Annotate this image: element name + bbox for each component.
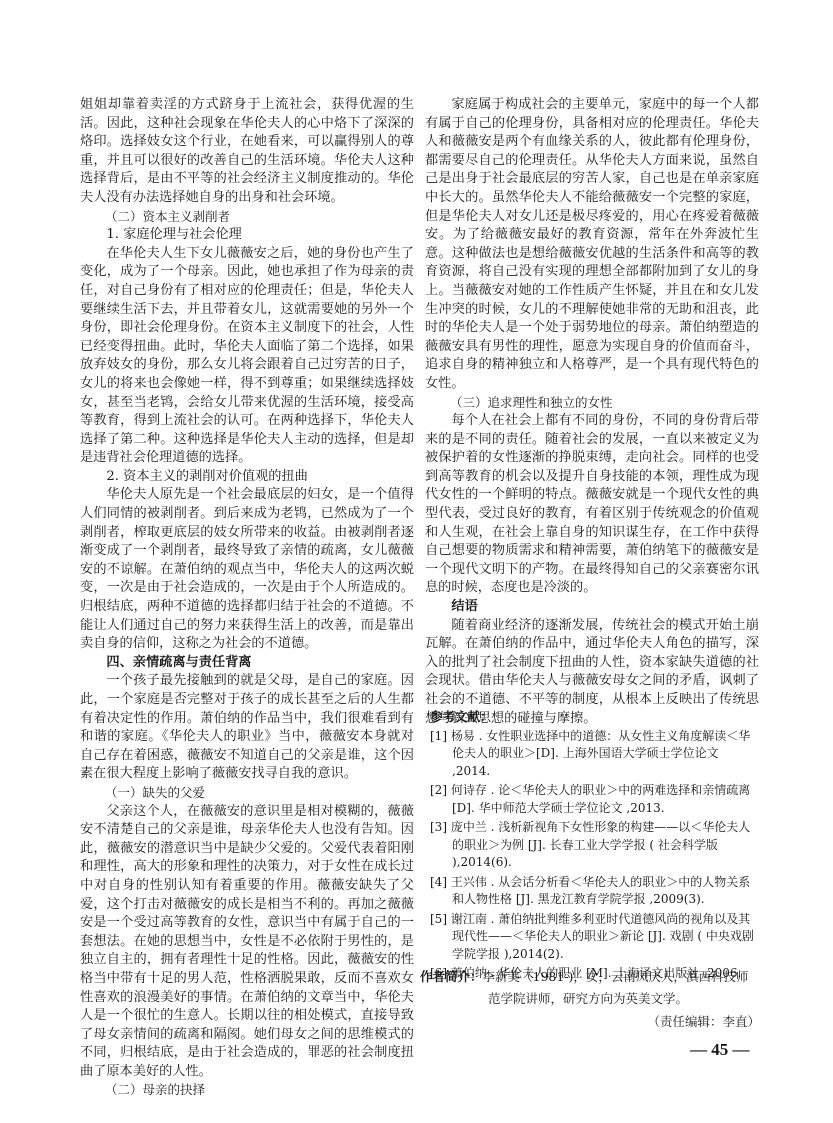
numbered-heading: 1. 家庭伦理与社会伦理 [80, 226, 414, 245]
page-number: — 45 — [690, 1040, 750, 1060]
numbered-heading: 2. 资本主义的剥削对价值观的扭曲 [80, 468, 414, 487]
left-column: 姐姐却靠着卖淫的方式跻身于上流社会，获得优渥的生活。因此，这种社会现象在华伦夫人… [80, 96, 414, 1100]
author-bio-label: 作者简介： [420, 969, 483, 984]
body-paragraph: 家庭属于构成社会的主要单元，家庭中的每一个人都有属于自己的伦理身份，具备相对应的… [425, 96, 759, 394]
reference-item: [2] 何诗存 . 论＜华伦夫人的职业＞中的两难选择和亲情疏离 [D]. 华中师… [430, 782, 760, 817]
subsection-heading: （一）缺失的父爱 [80, 784, 414, 803]
subsection-heading: （二）母亲的抉择 [80, 1081, 414, 1100]
references-section: 参考文献： [1] 杨易 . 女性职业选择中的道德：从女性主义角度解读＜华伦夫人… [430, 708, 760, 985]
author-bio: 作者简介：李新美（1981-)，女，云南凤庆人，滇西科技师 范学院讲师，研究方向… [420, 966, 760, 1010]
reference-item: [1] 杨易 . 女性职业选择中的道德：从女性主义角度解读＜华伦夫人的职业＞[D… [430, 728, 760, 781]
section-heading: 四、亲情疏离与责任背离 [80, 654, 414, 673]
section-heading: 结语 [425, 598, 759, 617]
author-bio-line2: 范学院讲师，研究方向为英美文学。 [420, 988, 760, 1010]
body-paragraph: 父亲这个人，在薇薇安的意识里是相对模糊的，薇薇安不清楚自己的父亲是谁，母亲华伦夫… [80, 803, 414, 1082]
subsection-heading: （三）追求理性和独立的女性 [425, 394, 759, 413]
body-paragraph: 姐姐却靠着卖淫的方式跻身于上流社会，获得优渥的生活。因此，这种社会现象在华伦夫人… [80, 96, 414, 208]
body-paragraph: 一个孩子最先接触到的就是父母，是自己的家庭。因此，一个家庭是否完整对于孩子的成长… [80, 672, 414, 784]
reference-item: [3] 庞中兰 . 浅析新视角下女性形象的构建——以＜华伦夫人的职业＞为例 [J… [430, 819, 760, 872]
body-paragraph: 每个人在社会上都有不同的身份，不同的身份背后带来的是不同的责任。随着社会的发展，… [425, 412, 759, 598]
subsection-heading: （二）资本主义剥削者 [80, 208, 414, 227]
body-paragraph: 华伦夫人原先是一个社会最底层的妇女，是一个值得人们同情的被剥削者。到后来成为老鸨… [80, 486, 414, 653]
references-title: 参考文献： [430, 708, 760, 726]
responsible-editor: （责任编辑：李直） [647, 1012, 760, 1030]
body-paragraph: 在华伦夫人生下女儿薇薇安之后，她的身份也产生了变化，成为了一个母亲。因此，她也承… [80, 245, 414, 468]
reference-item: [5] 谢江南 . 萧伯纳批判维多利亚时代道德风尚的视角以及其现代性——＜华伦夫… [430, 911, 760, 964]
reference-item: [4] 王兴伟 . 从会话分析看＜华伦夫人的职业＞中的人物关系和人物性格 [J]… [430, 874, 760, 909]
right-column: 家庭属于构成社会的主要单元，家庭中的每一个人都有属于自己的伦理身份，具备相对应的… [425, 96, 759, 728]
author-bio-line1: 李新美（1981-)，女，云南凤庆人，滇西科技师 [483, 969, 749, 984]
